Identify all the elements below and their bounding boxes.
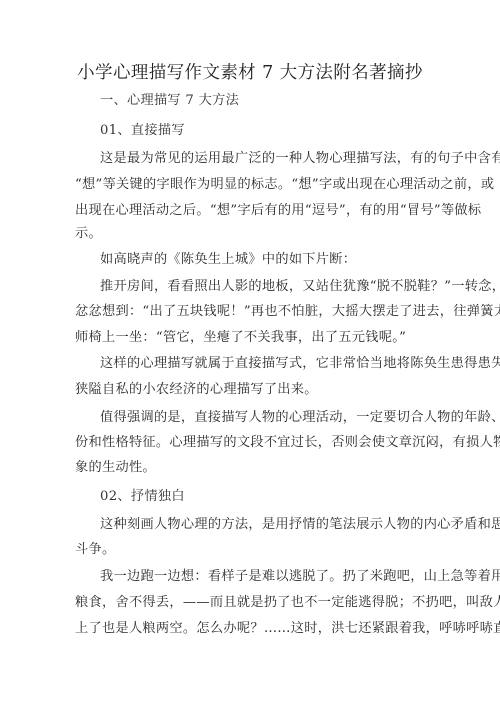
paragraph-line: 这是最为常见的运用最广泛的一种人物心理描写法，有的句子中含有 bbox=[100, 150, 425, 168]
paragraph-line: 粮食，舍不得丢，——而且就是扔了也不一定能逃得脱；不扔吧，叫敌人追 bbox=[75, 594, 425, 612]
paragraph-line: 上了也是人粮两空。怎么办呢？……这时，洪七还紧跟着我，呼哧呼哧直喘 bbox=[75, 620, 425, 638]
section-heading: 一、心理描写 7 大方法 bbox=[100, 92, 239, 110]
paragraph-line: 如高晓声的《陈奂生上城》中的如下片断： bbox=[100, 251, 356, 269]
paragraph-line: 斗争。 bbox=[75, 541, 115, 559]
paragraph-line: 出现在心理活动之后。“想”字后有的用“逗号”，有的用“冒号”等做标 bbox=[75, 202, 425, 220]
document-title: 小学心理描写作文素材 7 大方法附名著摘抄 bbox=[0, 62, 500, 84]
paragraph-line: 忿忿想到：“出了五块钱呢！”再也不怕脏，大摇大摆走了进去，往弹簧太 bbox=[75, 303, 425, 321]
paragraph-line: 这种刻画人物心理的方法，是用抒情的笔法展示人物的内心矛盾和思想 bbox=[100, 516, 425, 534]
paragraph-line: 我一边跑一边想：看样子是难以逃脱了。扔了米跑吧，山上急等着用用 bbox=[100, 568, 425, 586]
paragraph-line: 份和性格特征。心理描写的文段不宜过长，否则会使文章沉闷，有损人物形 bbox=[75, 434, 425, 452]
paragraph-line: 师椅上一坐：“管它，坐瘪了不关我事，出了五元钱呢。” bbox=[75, 329, 406, 347]
paragraph-line: 狭隘自私的小农经济的心理描写了出来。 bbox=[75, 381, 318, 399]
paragraph-line: 这样的心理描写就属于直接描写式，它非常恰当地将陈奂生患得患失、 bbox=[100, 355, 425, 373]
paragraph-line: 值得强调的是，直接描写人物的心理活动，一定要切合人物的年龄、身 bbox=[100, 409, 425, 427]
paragraph-line: “想”等关键的字眼作为明显的标志。“想”字或出现在心理活动之前，或 bbox=[75, 176, 425, 194]
subsection-heading-direct: 01、直接描写 bbox=[100, 122, 185, 140]
paragraph-line: 象的生动性。 bbox=[75, 459, 156, 477]
paragraph-line: 示。 bbox=[75, 225, 102, 243]
subsection-heading-monologue: 02、抒情独白 bbox=[100, 488, 185, 506]
paragraph-line: 推开房间，看看照出人影的地板，又站住犹豫“脱不脱鞋？”一转念， bbox=[100, 278, 425, 296]
